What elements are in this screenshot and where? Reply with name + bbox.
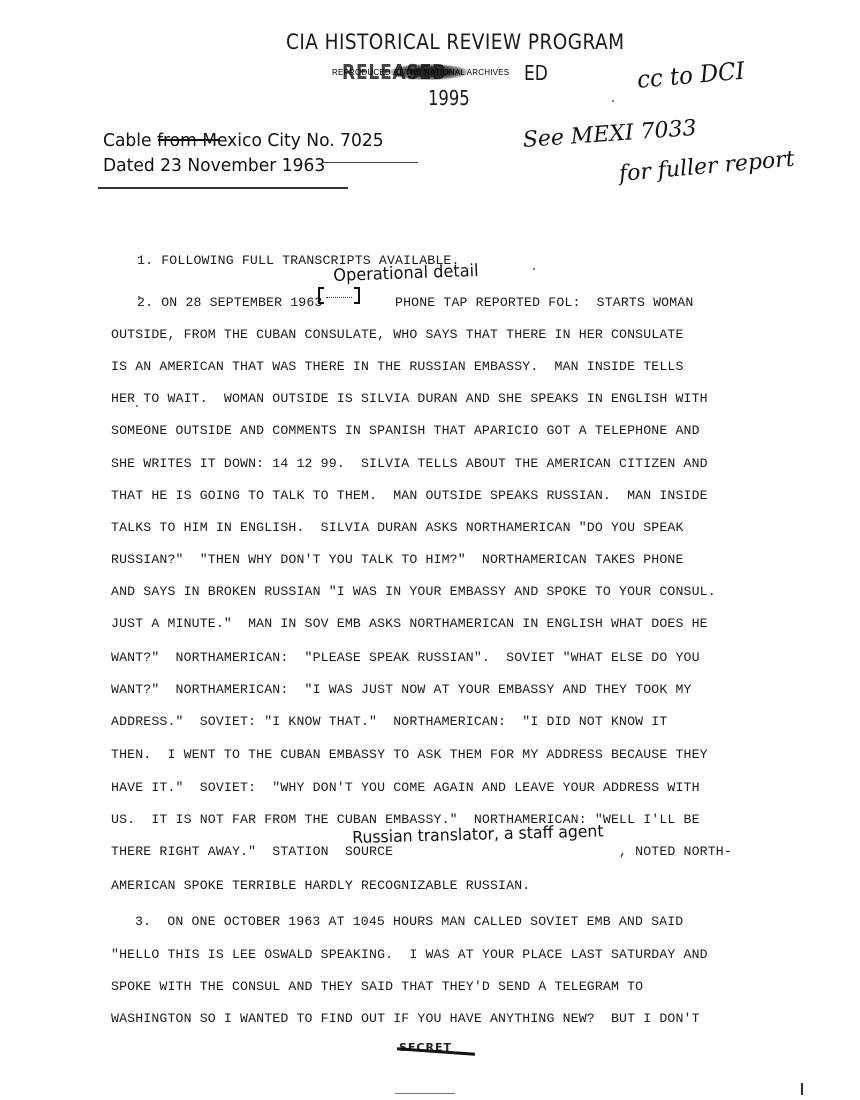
handwritten-fuller-report: for fuller report <box>618 147 796 187</box>
strikethrough <box>158 139 220 141</box>
reproduced-notice: REPRODUCED AT THE NATIONAL ARCHIVES <box>332 68 509 77</box>
underline <box>323 162 418 163</box>
typed-line: IS AN AMERICAN THAT WAS THERE IN THE RUS… <box>111 359 684 375</box>
ink-speck <box>533 268 535 270</box>
typed-line: THEN. I WENT TO THE CUBAN EMBASSY TO ASK… <box>111 747 708 763</box>
redaction-bracket <box>318 287 360 304</box>
typed-line: THAT HE IS GOING TO TALK TO THEM. MAN OU… <box>111 488 708 504</box>
typed-line: 2. ON 28 SEPTEMBER 1963 PHONE TAP REPORT… <box>137 295 693 311</box>
underline <box>98 187 348 189</box>
corner-mark <box>801 1083 803 1095</box>
typed-line: TALKS TO HIM IN ENGLISH. SILVIA DURAN AS… <box>111 520 684 536</box>
handwritten-cc-note: cc to DCI <box>636 57 746 94</box>
typed-line: HAVE IT." SOVIET: "WHY DON'T YOU COME AG… <box>111 780 700 796</box>
declassification-year: 1995 <box>428 86 470 110</box>
typed-line: 3. ON ONE OCTOBER 1963 AT 1045 HOURS MAN… <box>135 914 683 930</box>
typed-line: THERE RIGHT AWAY." STATION SOURCE , NOTE… <box>111 844 732 860</box>
typed-line: RUSSIAN?" "THEN WHY DON'T YOU TALK TO HI… <box>111 552 684 568</box>
typed-line: WANT?" NORTHAMERICAN: "PLEASE SPEAK RUSS… <box>111 650 700 666</box>
handwritten-operational-detail: Operational detail <box>333 261 479 286</box>
cable-source-line: Cable from Mexico City No. 7025 <box>103 128 384 153</box>
ink-speck <box>612 100 614 102</box>
typed-line: JUST A MINUTE." MAN IN SOV EMB ASKS NORT… <box>111 616 708 632</box>
released-suffix: ED <box>524 61 548 85</box>
redaction-dots <box>326 297 352 298</box>
ink-speck <box>138 296 140 298</box>
cable-date-line: Dated 23 November 1963 <box>103 153 384 178</box>
typed-line: SOMEONE OUTSIDE AND COMMENTS IN SPANISH … <box>111 423 700 439</box>
footer-rule <box>395 1093 455 1094</box>
typed-line: "HELLO THIS IS LEE OSWALD SPEAKING. I WA… <box>111 947 708 963</box>
handwritten-see-reference: See MEXI 7033 <box>522 116 697 153</box>
typed-line: HER TO WAIT. WOMAN OUTSIDE IS SILVIA DUR… <box>111 391 708 407</box>
typed-line: WASHINGTON SO I WANTED TO FIND OUT IF YO… <box>111 1011 700 1027</box>
declassification-stamp-program: CIA HISTORICAL REVIEW PROGRAM <box>286 30 625 54</box>
typed-line: SPOKE WITH THE CONSUL AND THEY SAID THAT… <box>111 979 643 995</box>
typed-line: AND SAYS IN BROKEN RUSSIAN "I WAS IN YOU… <box>111 584 716 600</box>
typed-line: WANT?" NORTHAMERICAN: "I WAS JUST NOW AT… <box>111 682 692 698</box>
typed-line: AMERICAN SPOKE TERRIBLE HARDLY RECOGNIZA… <box>111 878 530 894</box>
typed-line: ADDRESS." SOVIET: "I KNOW THAT." NORTHAM… <box>111 714 667 730</box>
typed-line: OUTSIDE, FROM THE CUBAN CONSULATE, WHO S… <box>111 327 684 343</box>
classification-stamp: SECRET <box>395 1041 475 1061</box>
typed-line: SHE WRITES IT DOWN: 14 12 99. SILVIA TEL… <box>111 456 708 472</box>
ink-speck <box>136 405 138 407</box>
cable-header: Cable from Mexico City No. 7025 Dated 23… <box>103 128 398 178</box>
